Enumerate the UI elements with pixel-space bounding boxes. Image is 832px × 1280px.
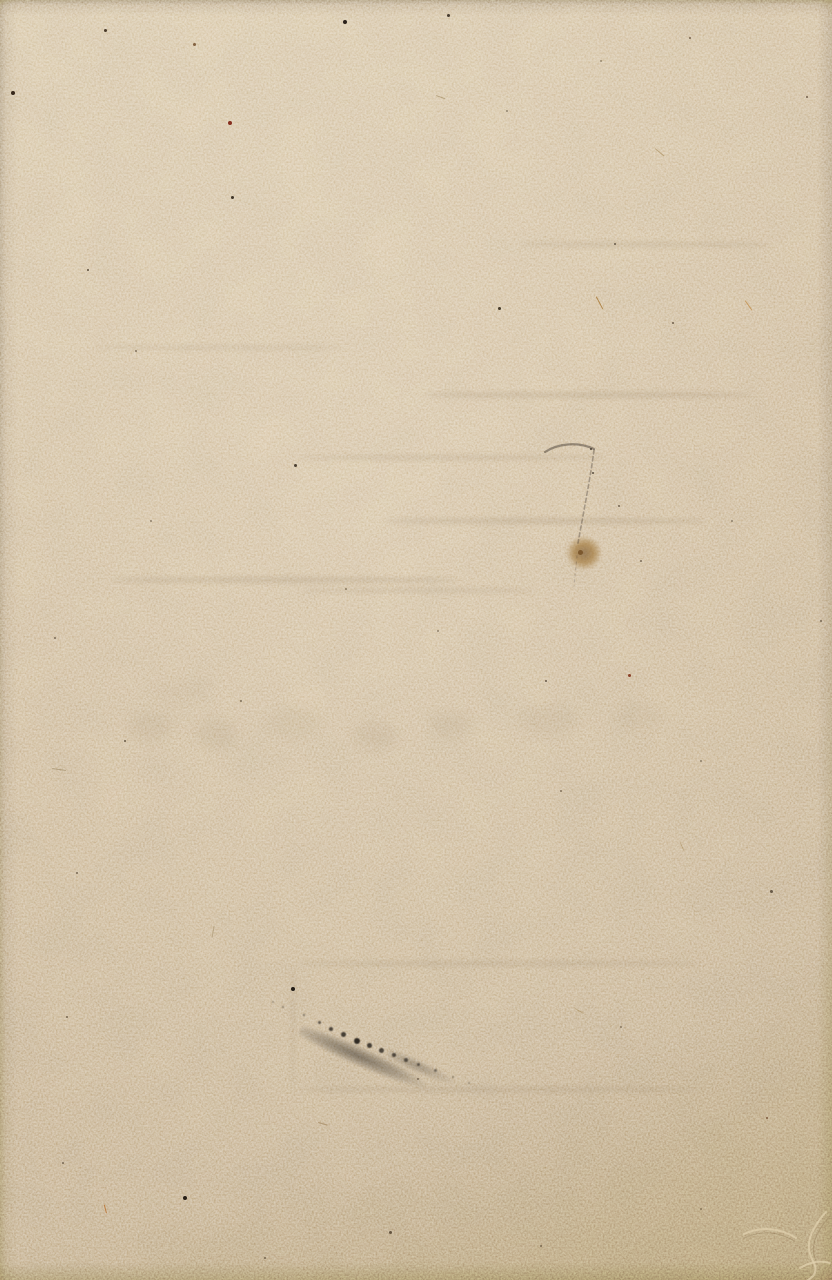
pencil-and-crease-layer: [0, 0, 832, 1280]
crease-shadow: [744, 1233, 794, 1241]
pencil-mark-7: [578, 450, 594, 543]
pencil-mark-7: [545, 444, 594, 452]
crease-highlight: [808, 1212, 826, 1280]
crease-shadow: [813, 1216, 830, 1263]
paper-texture-photo: [0, 0, 832, 1280]
pencil-mark-7: [574, 556, 577, 586]
